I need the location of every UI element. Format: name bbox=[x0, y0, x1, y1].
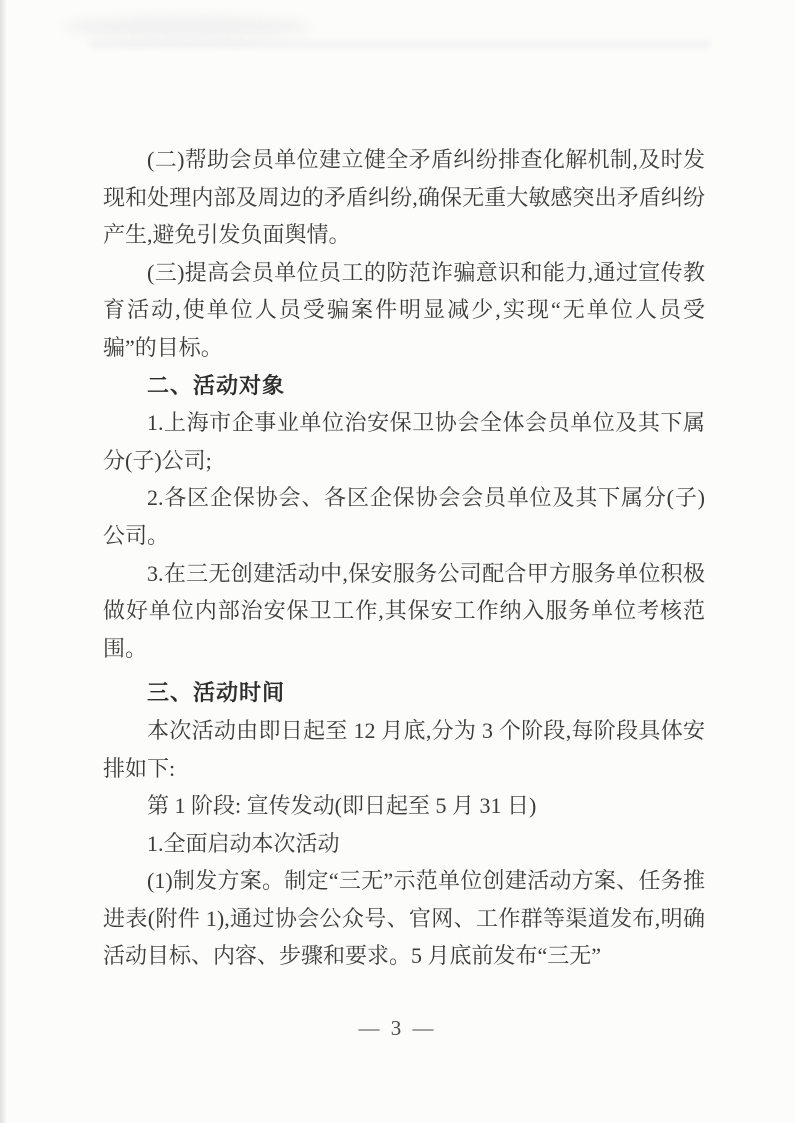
paragraph-target-3: 3.在三无创建活动中,保安服务公司配合甲方服务单位积极做好单位内部治安保卫工作,… bbox=[103, 555, 705, 668]
scan-edge-shadow bbox=[0, 0, 7, 1123]
section-heading-activity-targets: 二、活动对象 bbox=[103, 367, 705, 405]
paragraph-target-2: 2.各区企保协会、各区企保协会会员单位及其下属分(子)公司。 bbox=[103, 479, 705, 554]
section-heading-activity-time: 三、活动时间 bbox=[103, 674, 705, 712]
paragraph-launch: 1.全面启动本次活动 bbox=[103, 825, 705, 863]
paragraph-time-intro: 本次活动由即日起至 12 月底,分为 3 个阶段,每阶段具体安排如下: bbox=[103, 712, 705, 787]
page-number: — 3 — bbox=[0, 1015, 795, 1041]
document-body: (二)帮助会员单位建立健全矛盾纠纷排查化解机制,及时发现和处理内部及周边的矛盾纠… bbox=[103, 141, 705, 975]
scan-artifact bbox=[90, 40, 710, 49]
scan-artifact bbox=[62, 16, 312, 38]
paragraph-target-1: 1.上海市企事业单位治安保卫协会全体会员单位及其下属分(子)公司; bbox=[103, 404, 705, 479]
document-page: (二)帮助会员单位建立健全矛盾纠纷排查化解机制,及时发现和处理内部及周边的矛盾纠… bbox=[0, 0, 795, 1123]
paragraph-2-1: (二)帮助会员单位建立健全矛盾纠纷排查化解机制,及时发现和处理内部及周边的矛盾纠… bbox=[103, 141, 705, 254]
paragraph-2-2: (三)提高会员单位员工的防范诈骗意识和能力,通过宣传教育活动,使单位人员受骗案件… bbox=[103, 254, 705, 367]
paragraph-phase-1: 第 1 阶段: 宣传发动(即日起至 5 月 31 日) bbox=[103, 787, 705, 825]
paragraph-plan-issuance: (1)制发方案。制定“三无”示范单位创建活动方案、任务推进表(附件 1),通过协… bbox=[103, 862, 705, 975]
